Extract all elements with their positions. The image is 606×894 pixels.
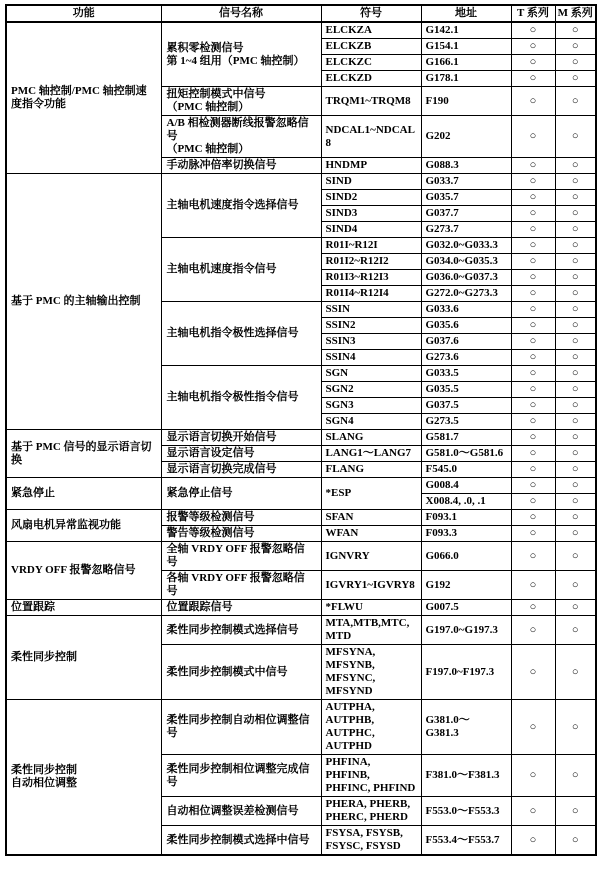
symbol-cell: PHFINA, PHFINB, PHFINC, PHFIND (321, 755, 421, 797)
symbol-cell: SSIN2 (321, 318, 421, 334)
m-series-cell: ○ (555, 222, 596, 238)
address-cell: G037.6 (421, 334, 511, 350)
t-series-cell: ○ (511, 158, 555, 174)
address-cell: G033.7 (421, 174, 511, 190)
t-series-cell: ○ (511, 414, 555, 430)
symbol-cell: R01I3~R12I3 (321, 270, 421, 286)
m-series-cell: ○ (555, 350, 596, 366)
m-series-cell: ○ (555, 87, 596, 116)
column-header-symbol: 符号 (321, 5, 421, 22)
symbol-cell: FSYSA, FSYSB, FSYSC, FSYSD (321, 826, 421, 856)
address-cell: X008.4, .0, .1 (421, 494, 511, 510)
m-series-cell: ○ (555, 302, 596, 318)
symbol-cell: SIND2 (321, 190, 421, 206)
address-cell: G037.5 (421, 398, 511, 414)
symbol-cell: SIND3 (321, 206, 421, 222)
function-cell: 柔性同步控制 (6, 616, 161, 700)
m-series-cell: ○ (555, 174, 596, 190)
m-series-cell: ○ (555, 190, 596, 206)
symbol-cell: R01I4~R12I4 (321, 286, 421, 302)
m-series-cell: ○ (555, 478, 596, 494)
address-cell: G008.4 (421, 478, 511, 494)
t-series-cell: ○ (511, 286, 555, 302)
t-series-cell: ○ (511, 270, 555, 286)
column-header-t-series: T 系列 (511, 5, 555, 22)
symbol-cell: SIND4 (321, 222, 421, 238)
t-series-cell: ○ (511, 302, 555, 318)
function-cell: 基于 PMC 的主轴输出控制 (6, 174, 161, 430)
address-cell: G154.1 (421, 39, 511, 55)
symbol-cell: MFSYNA, MFSYNB, MFSYNC, MFSYND (321, 645, 421, 700)
table-row: PMC 轴控制/PMC 轴控制速 度指令功能累积零检测信号 第 1~4 组用（P… (6, 22, 596, 39)
column-header-m-series: M 系列 (555, 5, 596, 22)
t-series-cell: ○ (511, 39, 555, 55)
signal-name-cell: 自动相位调整误差检测信号 (161, 797, 321, 826)
address-cell: F093.3 (421, 526, 511, 542)
m-series-cell: ○ (555, 797, 596, 826)
signal-name-cell: 柔性同步控制模式中信号 (161, 645, 321, 700)
table-row: 基于 PMC 的主轴输出控制主轴电机速度指令选择信号SINDG033.7○○ (6, 174, 596, 190)
address-cell: F093.1 (421, 510, 511, 526)
signal-name-cell: 全轴 VRDY OFF 报警忽略信 号 (161, 542, 321, 571)
signal-name-cell: 柔性同步控制自动相位调整信 号 (161, 700, 321, 755)
m-series-cell: ○ (555, 116, 596, 158)
m-series-cell: ○ (555, 39, 596, 55)
symbol-cell: IGVRY1~IGVRY8 (321, 571, 421, 600)
t-series-cell: ○ (511, 190, 555, 206)
page: 功能 信号名称 符号 地址 T 系列 M 系列 PMC 轴控制/PMC 轴控制速… (0, 4, 606, 856)
address-cell: G192 (421, 571, 511, 600)
m-series-cell: ○ (555, 318, 596, 334)
symbol-cell: FLANG (321, 462, 421, 478)
m-series-cell: ○ (555, 206, 596, 222)
symbol-cell: WFAN (321, 526, 421, 542)
signal-name-cell: 手动脉冲倍率切换信号 (161, 158, 321, 174)
address-cell: F381.0～F381.3 (421, 755, 511, 797)
signal-name-cell: 警告等级检测信号 (161, 526, 321, 542)
t-series-cell: ○ (511, 334, 555, 350)
symbol-cell: HNDMP (321, 158, 421, 174)
symbol-cell: ELCKZD (321, 71, 421, 87)
t-series-cell: ○ (511, 446, 555, 462)
symbol-cell: LANG1～LANG7 (321, 446, 421, 462)
t-series-cell: ○ (511, 510, 555, 526)
address-cell: G273.6 (421, 350, 511, 366)
symbol-cell: R01I2~R12I2 (321, 254, 421, 270)
address-cell: G033.5 (421, 366, 511, 382)
address-cell: G007.5 (421, 600, 511, 616)
m-series-cell: ○ (555, 22, 596, 39)
m-series-cell: ○ (555, 494, 596, 510)
table-row: 位置跟踪位置跟踪信号*FLWUG007.5○○ (6, 600, 596, 616)
t-series-cell: ○ (511, 318, 555, 334)
m-series-cell: ○ (555, 334, 596, 350)
address-cell: G197.0~G197.3 (421, 616, 511, 645)
symbol-cell: AUTPHA, AUTPHB, AUTPHC, AUTPHD (321, 700, 421, 755)
t-series-cell: ○ (511, 462, 555, 478)
signal-name-cell: 显示语言切换完成信号 (161, 462, 321, 478)
signal-name-cell: 主轴电机指令极性选择信号 (161, 302, 321, 366)
symbol-cell: ELCKZA (321, 22, 421, 39)
t-series-cell: ○ (511, 797, 555, 826)
signal-name-cell: 柔性同步控制模式选择信号 (161, 616, 321, 645)
signal-name-cell: 显示语言切换开始信号 (161, 430, 321, 446)
symbol-cell: SIND (321, 174, 421, 190)
t-series-cell: ○ (511, 116, 555, 158)
address-cell: G273.5 (421, 414, 511, 430)
m-series-cell: ○ (555, 71, 596, 87)
t-series-cell: ○ (511, 222, 555, 238)
signal-name-cell: 报警等级检测信号 (161, 510, 321, 526)
m-series-cell: ○ (555, 270, 596, 286)
m-series-cell: ○ (555, 542, 596, 571)
t-series-cell: ○ (511, 826, 555, 856)
symbol-cell: IGNVRY (321, 542, 421, 571)
symbol-cell: SGN3 (321, 398, 421, 414)
symbol-cell: SLANG (321, 430, 421, 446)
m-series-cell: ○ (555, 826, 596, 856)
symbol-cell: PHERA, PHERB, PHERC, PHERD (321, 797, 421, 826)
address-cell: G142.1 (421, 22, 511, 39)
t-series-cell: ○ (511, 526, 555, 542)
symbol-cell: SGN2 (321, 382, 421, 398)
address-cell: G166.1 (421, 55, 511, 71)
symbol-cell: SGN (321, 366, 421, 382)
address-cell: G035.5 (421, 382, 511, 398)
symbol-cell: SSIN4 (321, 350, 421, 366)
signal-name-cell: 扭矩控制模式中信号 （PMC 轴控制） (161, 87, 321, 116)
t-series-cell: ○ (511, 87, 555, 116)
address-cell: G034.0~G035.3 (421, 254, 511, 270)
function-cell: 基于 PMC 信号的显示语言切 换 (6, 430, 161, 478)
function-cell: 紧急停止 (6, 478, 161, 510)
address-cell: F190 (421, 87, 511, 116)
address-cell: G035.7 (421, 190, 511, 206)
m-series-cell: ○ (555, 398, 596, 414)
column-header-function: 功能 (6, 5, 161, 22)
table-row: 柔性同步控制柔性同步控制模式选择信号MTA,MTB,MTC, MTDG197.0… (6, 616, 596, 645)
signal-name-cell: 位置跟踪信号 (161, 600, 321, 616)
column-header-address: 地址 (421, 5, 511, 22)
address-cell: G381.0～ G381.3 (421, 700, 511, 755)
symbol-cell: SGN4 (321, 414, 421, 430)
signal-name-cell: 累积零检测信号 第 1~4 组用（PMC 轴控制） (161, 22, 321, 87)
signal-name-cell: 各轴 VRDY OFF 报警忽略信 号 (161, 571, 321, 600)
t-series-cell: ○ (511, 238, 555, 254)
symbol-cell: MTA,MTB,MTC, MTD (321, 616, 421, 645)
m-series-cell: ○ (555, 616, 596, 645)
m-series-cell: ○ (555, 446, 596, 462)
signal-name-cell: 柔性同步控制相位调整完成信 号 (161, 755, 321, 797)
t-series-cell: ○ (511, 600, 555, 616)
t-series-cell: ○ (511, 366, 555, 382)
table-row: 风扇电机异常监视功能报警等级检测信号SFANF093.1○○ (6, 510, 596, 526)
symbol-cell: SFAN (321, 510, 421, 526)
t-series-cell: ○ (511, 382, 555, 398)
t-series-cell: ○ (511, 571, 555, 600)
address-cell: F545.0 (421, 462, 511, 478)
m-series-cell: ○ (555, 700, 596, 755)
table-row: VRDY OFF 报警忽略信号全轴 VRDY OFF 报警忽略信 号IGNVRY… (6, 542, 596, 571)
symbol-cell: NDCAL1~NDCAL 8 (321, 116, 421, 158)
m-series-cell: ○ (555, 645, 596, 700)
address-cell: G088.3 (421, 158, 511, 174)
address-cell: G037.7 (421, 206, 511, 222)
m-series-cell: ○ (555, 414, 596, 430)
address-cell: G272.0~G273.3 (421, 286, 511, 302)
t-series-cell: ○ (511, 55, 555, 71)
t-series-cell: ○ (511, 398, 555, 414)
address-cell: G066.0 (421, 542, 511, 571)
address-cell: G032.0~G033.3 (421, 238, 511, 254)
t-series-cell: ○ (511, 22, 555, 39)
symbol-cell: TRQM1~TRQM8 (321, 87, 421, 116)
m-series-cell: ○ (555, 254, 596, 270)
address-cell: G036.0~G037.3 (421, 270, 511, 286)
m-series-cell: ○ (555, 55, 596, 71)
symbol-cell: ELCKZB (321, 39, 421, 55)
symbol-cell: SSIN (321, 302, 421, 318)
m-series-cell: ○ (555, 526, 596, 542)
symbol-cell: SSIN3 (321, 334, 421, 350)
function-cell: 风扇电机异常监视功能 (6, 510, 161, 542)
t-series-cell: ○ (511, 755, 555, 797)
t-series-cell: ○ (511, 206, 555, 222)
t-series-cell: ○ (511, 616, 555, 645)
pmc-signal-table: 功能 信号名称 符号 地址 T 系列 M 系列 PMC 轴控制/PMC 轴控制速… (5, 4, 597, 856)
m-series-cell: ○ (555, 510, 596, 526)
address-cell: G581.0～G581.6 (421, 446, 511, 462)
m-series-cell: ○ (555, 600, 596, 616)
t-series-cell: ○ (511, 174, 555, 190)
table-row: 基于 PMC 信号的显示语言切 换显示语言切换开始信号SLANGG581.7○○ (6, 430, 596, 446)
address-cell: G178.1 (421, 71, 511, 87)
m-series-cell: ○ (555, 366, 596, 382)
t-series-cell: ○ (511, 494, 555, 510)
m-series-cell: ○ (555, 238, 596, 254)
address-cell: G581.7 (421, 430, 511, 446)
t-series-cell: ○ (511, 478, 555, 494)
symbol-cell: *ESP (321, 478, 421, 510)
address-cell: G033.6 (421, 302, 511, 318)
symbol-cell: R01I~R12I (321, 238, 421, 254)
column-header-signal-name: 信号名称 (161, 5, 321, 22)
address-cell: G202 (421, 116, 511, 158)
m-series-cell: ○ (555, 158, 596, 174)
t-series-cell: ○ (511, 254, 555, 270)
header-row: 功能 信号名称 符号 地址 T 系列 M 系列 (6, 5, 596, 22)
address-cell: G035.6 (421, 318, 511, 334)
signal-name-cell: 主轴电机指令极性指令信号 (161, 366, 321, 430)
function-cell: 位置跟踪 (6, 600, 161, 616)
symbol-cell: ELCKZC (321, 55, 421, 71)
function-cell: VRDY OFF 报警忽略信号 (6, 542, 161, 600)
m-series-cell: ○ (555, 286, 596, 302)
t-series-cell: ○ (511, 71, 555, 87)
symbol-cell: *FLWU (321, 600, 421, 616)
table-header: 功能 信号名称 符号 地址 T 系列 M 系列 (6, 5, 596, 22)
address-cell: G273.7 (421, 222, 511, 238)
signal-name-cell: 主轴电机速度指令选择信号 (161, 174, 321, 238)
signal-name-cell: 主轴电机速度指令信号 (161, 238, 321, 302)
function-cell: PMC 轴控制/PMC 轴控制速 度指令功能 (6, 22, 161, 174)
t-series-cell: ○ (511, 430, 555, 446)
m-series-cell: ○ (555, 430, 596, 446)
m-series-cell: ○ (555, 571, 596, 600)
function-cell: 柔性同步控制 自动相位调整 (6, 700, 161, 856)
address-cell: F553.0～F553.3 (421, 797, 511, 826)
address-cell: F553.4～F553.7 (421, 826, 511, 856)
address-cell: F197.0~F197.3 (421, 645, 511, 700)
table-row: 柔性同步控制 自动相位调整柔性同步控制自动相位调整信 号AUTPHA, AUTP… (6, 700, 596, 755)
m-series-cell: ○ (555, 755, 596, 797)
signal-name-cell: 显示语言设定信号 (161, 446, 321, 462)
signal-name-cell: 柔性同步控制模式选择中信号 (161, 826, 321, 856)
t-series-cell: ○ (511, 350, 555, 366)
m-series-cell: ○ (555, 382, 596, 398)
signal-name-cell: A/B 相检测器断线报警忽略信 号 （PMC 轴控制） (161, 116, 321, 158)
table-row: 紧急停止紧急停止信号*ESPG008.4○○ (6, 478, 596, 494)
m-series-cell: ○ (555, 462, 596, 478)
signal-name-cell: 紧急停止信号 (161, 478, 321, 510)
table-body: PMC 轴控制/PMC 轴控制速 度指令功能累积零检测信号 第 1~4 组用（P… (6, 22, 596, 855)
t-series-cell: ○ (511, 542, 555, 571)
t-series-cell: ○ (511, 645, 555, 700)
t-series-cell: ○ (511, 700, 555, 755)
